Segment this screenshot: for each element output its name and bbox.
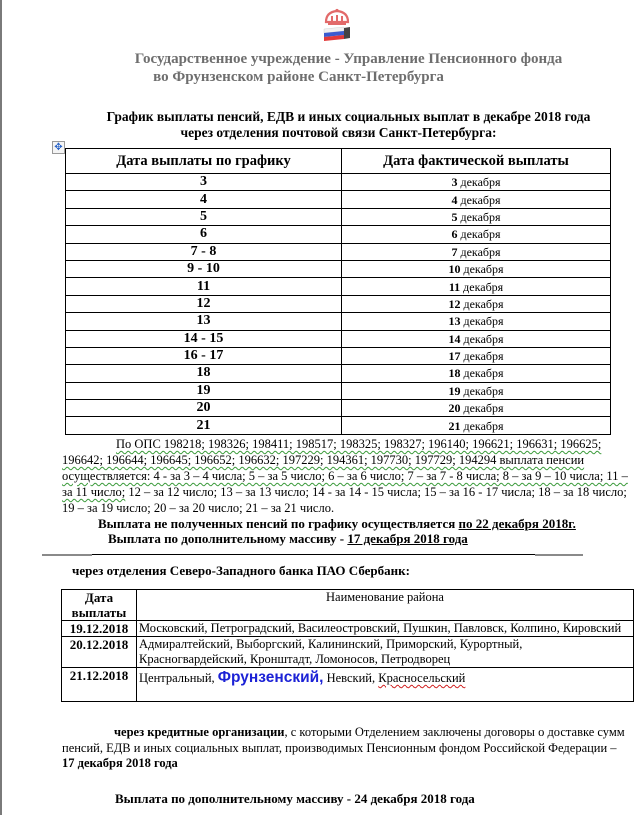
section-divider bbox=[42, 554, 582, 555]
sberbank-schedule-table: Дата выплаты Наименование района 19.12.2… bbox=[61, 589, 634, 702]
actual-day: 10 bbox=[448, 262, 460, 276]
actual-date: 12 декабря bbox=[342, 295, 611, 312]
org-name-line1: Государственное учреждение - Управление … bbox=[30, 50, 637, 68]
document-title-line1: График выплаты пенсий, ЕДВ и иных социал… bbox=[30, 108, 637, 125]
table-row: 66 декабря bbox=[66, 226, 611, 243]
highlighted-district: Фрунзенский, bbox=[218, 669, 324, 686]
actual-month: декабря bbox=[460, 193, 500, 207]
scheduled-date: 20 bbox=[66, 400, 342, 417]
actual-day: 3 bbox=[451, 175, 457, 189]
districts: Центральный, Фрунзенский, Невский, Красн… bbox=[137, 668, 634, 702]
actual-day: 12 bbox=[448, 297, 460, 311]
unreceived-date: по 22 декабря 2018г. bbox=[459, 516, 576, 531]
table-row: 55 декабря bbox=[66, 208, 611, 225]
scheduled-date: 18 bbox=[66, 365, 342, 382]
section-divider-left-cap bbox=[42, 554, 92, 556]
additional-prefix: Выплата по дополнительному массиву - bbox=[108, 531, 347, 546]
actual-day: 4 bbox=[451, 193, 457, 207]
actual-date: 18 декабря bbox=[342, 365, 611, 382]
actual-date: 10 декабря bbox=[342, 260, 611, 277]
unreceived-prefix: Выплата не полученных пенсий по графику … bbox=[98, 516, 459, 531]
actual-month: декабря bbox=[460, 227, 500, 241]
scheduled-date: 19 bbox=[66, 382, 342, 399]
actual-day: 11 bbox=[449, 280, 460, 294]
actual-month: декабря bbox=[460, 210, 500, 224]
actual-month: декабря bbox=[463, 297, 503, 311]
credit-organizations-paragraph: через кредитные организации, с которыми … bbox=[62, 725, 630, 772]
districts-mid: Невский, bbox=[323, 671, 378, 685]
districts-last: Красносельский bbox=[378, 671, 465, 685]
table-row: 9 - 1010 декабря bbox=[66, 260, 611, 277]
ops-note-paragraph: По ОПС 198218; 198326; 198411; 198517; 1… bbox=[62, 436, 628, 516]
table-row: 1919 декабря bbox=[66, 382, 611, 399]
actual-month: декабря bbox=[463, 332, 503, 346]
scheduled-date: 7 - 8 bbox=[66, 243, 342, 260]
scheduled-date: 11 bbox=[66, 278, 342, 295]
actual-month: декабря bbox=[463, 280, 503, 294]
actual-month: декабря bbox=[463, 366, 503, 380]
header-payment-date: Дата выплаты bbox=[62, 590, 137, 621]
actual-day: 5 bbox=[451, 210, 457, 224]
credit-lead: через кредитные организации bbox=[114, 725, 285, 739]
actual-date: 21 декабря bbox=[342, 417, 611, 434]
header-scheduled-date: Дата выплаты по графику bbox=[66, 149, 342, 174]
actual-day: 17 bbox=[448, 349, 460, 363]
actual-day: 20 bbox=[448, 401, 460, 415]
table-row: 1818 декабря bbox=[66, 365, 611, 382]
payment-date: 19.12.2018 bbox=[62, 621, 137, 637]
districts-before: Центральный, bbox=[139, 671, 218, 685]
actual-month: декабря bbox=[463, 384, 503, 398]
sberbank-heading: через отделения Северо-Западного банка П… bbox=[72, 563, 410, 579]
table-row: 1212 декабря bbox=[66, 295, 611, 312]
header-district-name: Наименование района bbox=[137, 590, 634, 621]
pfr-logo-icon bbox=[322, 8, 352, 44]
scheduled-date: 6 bbox=[66, 226, 342, 243]
payment-date: 20.12.2018 bbox=[62, 637, 137, 668]
actual-day: 21 bbox=[448, 419, 460, 433]
scheduled-date: 13 bbox=[66, 313, 342, 330]
actual-day: 7 bbox=[451, 245, 457, 259]
document-title-line2: через отделения почтовой связи Санкт-Пет… bbox=[20, 124, 637, 141]
ops-note-plain: 12 – за 12 число; 13 – за 13 число; 14 -… bbox=[62, 485, 627, 515]
actual-date: 17 декабря bbox=[342, 347, 611, 364]
table-row: 16 - 1717 декабря bbox=[66, 347, 611, 364]
actual-month: декабря bbox=[463, 349, 503, 363]
actual-date: 13 декабря bbox=[342, 313, 611, 330]
scheduled-date: 16 - 17 bbox=[66, 347, 342, 364]
table-row: 21.12.2018 Центральный, Фрунзенский, Нев… bbox=[62, 668, 634, 702]
actual-date: 3 декабря bbox=[342, 174, 611, 191]
actual-month: декабря bbox=[463, 419, 503, 433]
post-office-schedule-table: Дата выплаты по графику Дата фактической… bbox=[65, 148, 611, 435]
actual-day: 14 bbox=[448, 332, 460, 346]
scheduled-date: 5 bbox=[66, 208, 342, 225]
actual-month: декабря bbox=[463, 401, 503, 415]
table-row: 7 - 87 декабря bbox=[66, 243, 611, 260]
header-actual-date: Дата фактической выплаты bbox=[342, 149, 611, 174]
actual-date: 14 декабря bbox=[342, 330, 611, 347]
actual-date: 5 декабря bbox=[342, 208, 611, 225]
additional-payment-line: Выплата по дополнительному массиву - 17 … bbox=[108, 531, 468, 547]
table-move-handle-icon[interactable]: ✥ bbox=[52, 141, 65, 154]
actual-day: 18 bbox=[448, 366, 460, 380]
actual-month: декабря bbox=[463, 314, 503, 328]
table-row: 14 - 1514 декабря bbox=[66, 330, 611, 347]
extra-payment-line: Выплата по дополнительному массиву - 24 … bbox=[115, 791, 475, 807]
actual-month: декабря bbox=[463, 262, 503, 276]
payment-date: 21.12.2018 bbox=[62, 668, 137, 702]
actual-month: декабря bbox=[460, 245, 500, 259]
scheduled-date: 4 bbox=[66, 191, 342, 208]
actual-date: 19 декабря bbox=[342, 382, 611, 399]
scheduled-date: 9 - 10 bbox=[66, 260, 342, 277]
additional-date: 17 декабря 2018 года bbox=[347, 531, 467, 546]
scheduled-date: 12 bbox=[66, 295, 342, 312]
districts: Московский, Петроградский, Василеостровс… bbox=[137, 621, 634, 637]
actual-date: 6 декабря bbox=[342, 226, 611, 243]
table-row: 44 декабря bbox=[66, 191, 611, 208]
table-row: 1111 декабря bbox=[66, 278, 611, 295]
credit-date: 17 декабря 2018 года bbox=[62, 756, 178, 770]
actual-day: 19 bbox=[448, 384, 460, 398]
table-row: 19.12.2018 Московский, Петроградский, Ва… bbox=[62, 621, 634, 637]
table-row: 2020 декабря bbox=[66, 400, 611, 417]
actual-date: 7 декабря bbox=[342, 243, 611, 260]
page-left-border bbox=[0, 0, 2, 815]
actual-day: 13 bbox=[448, 314, 460, 328]
scheduled-date: 3 bbox=[66, 174, 342, 191]
scheduled-date: 14 - 15 bbox=[66, 330, 342, 347]
actual-month: декабря bbox=[460, 175, 500, 189]
table-row: 1313 декабря bbox=[66, 313, 611, 330]
actual-date: 4 декабря bbox=[342, 191, 611, 208]
actual-date: 11 декабря bbox=[342, 278, 611, 295]
actual-date: 20 декабря bbox=[342, 400, 611, 417]
table-row: 20.12.2018 Адмиралтейский, Выборгский, К… bbox=[62, 637, 634, 668]
table-header-row: Дата выплаты Наименование района bbox=[62, 590, 634, 621]
scheduled-date: 21 bbox=[66, 417, 342, 434]
section-divider-right-cap bbox=[535, 554, 583, 556]
districts: Адмиралтейский, Выборгский, Калининский,… bbox=[137, 637, 634, 668]
table-header-row: Дата выплаты по графику Дата фактической… bbox=[66, 149, 611, 174]
actual-day: 6 bbox=[451, 227, 457, 241]
unreceived-payment-line: Выплата не полученных пенсий по графику … bbox=[98, 516, 576, 532]
table-row: 2121 декабря bbox=[66, 417, 611, 434]
org-name-line2: во Фрунзенском районе Санкт-Петербурга bbox=[0, 68, 617, 86]
table-row: 33 декабря bbox=[66, 174, 611, 191]
